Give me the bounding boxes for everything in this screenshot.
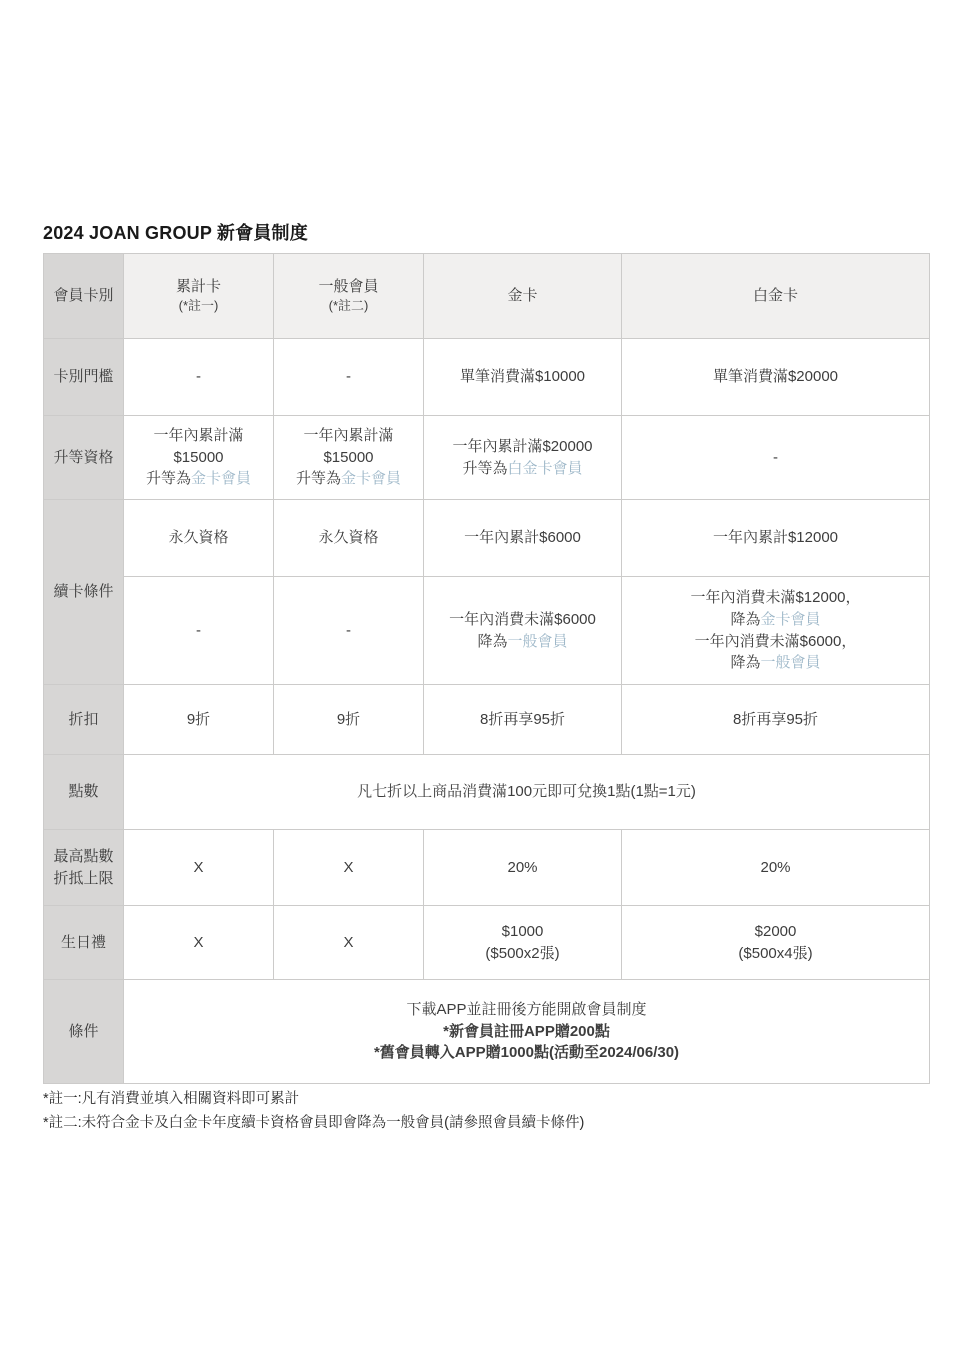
table-row-points: 點數 凡七折以上商品消費滿100元即可兌換1點(1點=1元)	[44, 755, 930, 830]
row-label-conditions: 條件	[44, 980, 124, 1084]
row-label-max-deduction: 最高點數 折抵上限	[44, 830, 124, 906]
cell-points-merged: 凡七折以上商品消費滿100元即可兌換1點(1點=1元)	[124, 755, 930, 830]
footnote-1: *註一:凡有消費並填入相關資料即可累計	[43, 1091, 929, 1108]
row-label-points: 點數	[44, 755, 124, 830]
cell-discount-general: 9折	[274, 685, 424, 755]
cell-conditions-merged: 下載APP並註冊後方能開啟會員制度 *新會員註冊APP贈200點 *舊會員轉入A…	[124, 980, 930, 1084]
membership-table: 會員卡別 累計卡(*註一) 一般會員(*註二) 金卡 白金卡 卡別門檻 - - …	[43, 253, 930, 1084]
row-label-renewal: 續卡條件	[44, 500, 124, 685]
cell-threshold-general: -	[274, 339, 424, 416]
col-header-name: 金卡	[507, 287, 537, 304]
cell-birthday-cumulative: X	[124, 906, 274, 980]
table-row-renewal-2: - - 一年內消費未滿$6000 降為一般會員 一年內消費未滿$12000， 降…	[44, 577, 930, 685]
col-header-platinum-card: 白金卡	[622, 254, 930, 339]
col-header-name: 累計卡	[176, 278, 221, 295]
table-row-threshold: 卡別門檻 - - 單筆消費滿$10000 單筆消費滿$20000	[44, 339, 930, 416]
cell-upgrade-platinum: -	[622, 416, 930, 500]
cell-max-platinum: 20%	[622, 830, 930, 906]
table-row-conditions: 條件 下載APP並註冊後方能開啟會員制度 *新會員註冊APP贈200點 *舊會員…	[44, 980, 930, 1084]
footnotes: *註一:凡有消費並填入相關資料即可累計 *註二:未符合金卡及白金卡年度續卡資格會…	[43, 1091, 929, 1131]
cell-threshold-cumulative: -	[124, 339, 274, 416]
cell-upgrade-cumulative: 一年內累計滿 $15000 升等為金卡會員	[124, 416, 274, 500]
cell-max-gold: 20%	[424, 830, 622, 906]
corner-cell: 會員卡別	[44, 254, 124, 339]
col-header-general-member: 一般會員(*註二)	[274, 254, 424, 339]
cell-discount-gold: 8折再享95折	[424, 685, 622, 755]
cell-renewal2-platinum: 一年內消費未滿$12000， 降為金卡會員 一年內消費未滿$6000， 降為一般…	[622, 577, 930, 685]
cell-renewal1-gold: 一年內累計$6000	[424, 500, 622, 577]
table-row-renewal-1: 續卡條件 永久資格 永久資格 一年內累計$6000 一年內累計$12000	[44, 500, 930, 577]
cell-renewal2-cumulative: -	[124, 577, 274, 685]
col-header-note: (*註二)	[280, 297, 417, 316]
table-row-discount: 折扣 9折 9折 8折再享95折 8折再享95折	[44, 685, 930, 755]
row-label-upgrade: 升等資格	[44, 416, 124, 500]
cell-upgrade-general: 一年內累計滿 $15000 升等為金卡會員	[274, 416, 424, 500]
cell-renewal2-general: -	[274, 577, 424, 685]
footnote-2: *註二:未符合金卡及白金卡年度續卡資格會員即會降為一般會員(請參照會員續卡條件)	[43, 1115, 929, 1132]
col-header-cumulative-card: 累計卡(*註一)	[124, 254, 274, 339]
table-row-max-deduction: 最高點數 折抵上限 X X 20% 20%	[44, 830, 930, 906]
cell-renewal1-cumulative: 永久資格	[124, 500, 274, 577]
col-header-gold-card: 金卡	[424, 254, 622, 339]
cell-birthday-general: X	[274, 906, 424, 980]
col-header-name: 一般會員	[318, 278, 378, 295]
row-label-birthday: 生日禮	[44, 906, 124, 980]
row-label-discount: 折扣	[44, 685, 124, 755]
col-header-name: 白金卡	[753, 287, 798, 304]
cell-threshold-gold: 單筆消費滿$10000	[424, 339, 622, 416]
table-row-upgrade: 升等資格 一年內累計滿 $15000 升等為金卡會員 一年內累計滿 $15000…	[44, 416, 930, 500]
cell-birthday-platinum: $2000 ($500x4張)	[622, 906, 930, 980]
cell-discount-platinum: 8折再享95折	[622, 685, 930, 755]
cell-birthday-gold: $1000 ($500x2張)	[424, 906, 622, 980]
page-title: 2024 JOAN GROUP 新會員制度	[43, 219, 929, 245]
cell-upgrade-gold: 一年內累計滿$20000 升等為白金卡會員	[424, 416, 622, 500]
row-label-threshold: 卡別門檻	[44, 339, 124, 416]
table-row-birthday: 生日禮 X X $1000 ($500x2張) $2000 ($500x4張)	[44, 906, 930, 980]
cell-max-cumulative: X	[124, 830, 274, 906]
cell-renewal2-gold: 一年內消費未滿$6000 降為一般會員	[424, 577, 622, 685]
document-content: 2024 JOAN GROUP 新會員制度 會員卡別 累計卡(*註一) 一般會員…	[43, 219, 929, 1138]
table-row-header: 會員卡別 累計卡(*註一) 一般會員(*註二) 金卡 白金卡	[44, 254, 930, 339]
cell-max-general: X	[274, 830, 424, 906]
cell-discount-cumulative: 9折	[124, 685, 274, 755]
cell-renewal1-general: 永久資格	[274, 500, 424, 577]
col-header-note: (*註一)	[130, 297, 267, 316]
cell-threshold-platinum: 單筆消費滿$20000	[622, 339, 930, 416]
cell-renewal1-platinum: 一年內累計$12000	[622, 500, 930, 577]
